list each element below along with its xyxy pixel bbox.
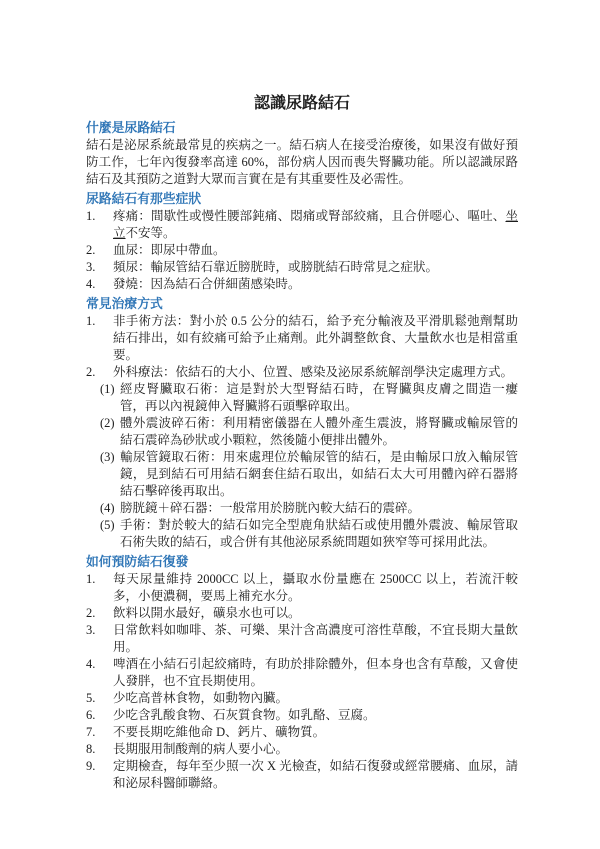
item-text: 頻尿：輸尿管結石靠近膀胱時，或膀胱結石時常見之症狀。	[113, 259, 518, 276]
list-item: 2.外科療法：依結石的大小、位置、感染及泌尿系統解剖學決定處理方式。	[86, 364, 518, 381]
item-number: 6.	[86, 707, 113, 724]
item-text: 血尿：即尿中帶血。	[113, 242, 518, 259]
section-heading: 尿路結石有那些症狀	[86, 191, 518, 208]
item-text: 膀胱鏡＋碎石器：一般常用於膀胱內較大結石的震碎。	[120, 500, 518, 517]
list-item: 7.不要長期吃維他命 D、鈣片、礦物質。	[86, 724, 518, 741]
sublist-item: (4)膀胱鏡＋碎石器：一般常用於膀胱內較大結石的震碎。	[86, 500, 518, 517]
item-text: 經皮腎臟取石術：這是對於大型腎結石時，在腎臟與皮膚之間造一瘻管，再以內視鏡伸入腎…	[120, 381, 518, 415]
list-item: 3.日常飲料如咖啡、茶、可樂、果汁含高濃度可溶性草酸，不宜長期大量飲用。	[86, 622, 518, 656]
list-item: 9.定期檢查，每年至少照一次 X 光檢查，如結石復發或經常腰痛、血尿，請和泌尿科…	[86, 758, 518, 792]
document-body: 什麼是尿路結石結石是泌尿系統最常見的疾病之一。結石病人在接受治療後，如果沒有做好…	[86, 120, 518, 792]
item-number: 4.	[86, 656, 113, 690]
list-item: 6.少吃含乳酸食物、石灰質食物。如乳酪、豆腐。	[86, 707, 518, 724]
item-text: 外科療法：依結石的大小、位置、感染及泌尿系統解剖學決定處理方式。	[113, 364, 518, 381]
list-item: 4.啤酒在小結石引起絞痛時，有助於排除體外，但本身也含有草酸，又會使人發胖，也不…	[86, 656, 518, 690]
item-number: 1.	[86, 571, 113, 605]
item-number: 9.	[86, 758, 113, 792]
item-number: 7.	[86, 724, 113, 741]
section: 什麼是尿路結石結石是泌尿系統最常見的疾病之一。結石病人在接受治療後，如果沒有做好…	[86, 120, 518, 188]
item-text: 發燒：因為結石合併細菌感染時。	[113, 276, 518, 293]
item-number: 2.	[86, 242, 113, 259]
item-text: 不要長期吃維他命 D、鈣片、礦物質。	[113, 724, 518, 741]
item-number: (2)	[100, 415, 120, 449]
list-item: 1.非手術方法：對小於 0.5 公分的結石，給予充分輸液及平滑肌鬆弛劑幫助結石排…	[86, 313, 518, 364]
list-item: 5.少吃高普林食物，如動物內臟。	[86, 690, 518, 707]
list-item: 1.疼痛：間歇性或慢性腰部鈍痛、悶痛或腎部絞痛，且合併噁心、嘔吐、坐立不安等。	[86, 208, 518, 242]
section-heading: 如何預防結石復發	[86, 554, 518, 571]
item-number: 8.	[86, 741, 113, 758]
document-title: 認識尿路結石	[86, 94, 518, 114]
item-number: 1.	[86, 313, 113, 364]
item-text: 輸尿管鏡取石術：用來處理位於輸尿管的結石，是由輸尿口放入輸尿管鏡，見到結石可用結…	[120, 449, 518, 500]
item-text: 少吃高普林食物，如動物內臟。	[113, 690, 518, 707]
item-text: 啤酒在小結石引起絞痛時，有助於排除體外，但本身也含有草酸，又會使人發胖，也不宜長…	[113, 656, 518, 690]
section-heading: 什麼是尿路結石	[86, 120, 518, 137]
item-number: 3.	[86, 622, 113, 656]
sublist-item: (3)輸尿管鏡取石術：用來處理位於輸尿管的結石，是由輸尿口放入輸尿管鏡，見到結石…	[86, 449, 518, 500]
item-number: 2.	[86, 605, 113, 622]
underlined-text: 坐立	[113, 209, 518, 240]
sublist-item: (1)經皮腎臟取石術：這是對於大型腎結石時，在腎臟與皮膚之間造一瘻管，再以內視鏡…	[86, 381, 518, 415]
section-heading: 常見治療方式	[86, 296, 518, 313]
item-number: 4.	[86, 276, 113, 293]
list-item: 2.飲料以開水最好，礦泉水也可以。	[86, 605, 518, 622]
item-text: 手術：對於較大的結石如完全型鹿角狀結石或使用體外震波、輸尿管取石術失敗的結石，或…	[120, 517, 518, 551]
item-text: 定期檢查，每年至少照一次 X 光檢查，如結石復發或經常腰痛、血尿，請和泌尿科醫師…	[113, 758, 518, 792]
section: 常見治療方式1.非手術方法：對小於 0.5 公分的結石，給予充分輸液及平滑肌鬆弛…	[86, 296, 518, 551]
sublist-item: (5)手術：對於較大的結石如完全型鹿角狀結石或使用體外震波、輸尿管取石術失敗的結…	[86, 517, 518, 551]
section: 尿路結石有那些症狀1.疼痛：間歇性或慢性腰部鈍痛、悶痛或腎部絞痛，且合併噁心、嘔…	[86, 191, 518, 293]
item-text: 非手術方法：對小於 0.5 公分的結石，給予充分輸液及平滑肌鬆弛劑幫助結石排出，…	[113, 313, 518, 364]
list-item: 8.長期服用制酸劑的病人要小心。	[86, 741, 518, 758]
item-text: 少吃含乳酸食物、石灰質食物。如乳酪、豆腐。	[113, 707, 518, 724]
item-number: (5)	[100, 517, 120, 551]
item-text: 日常飲料如咖啡、茶、可樂、果汁含高濃度可溶性草酸，不宜長期大量飲用。	[113, 622, 518, 656]
item-text: 每天尿量維持 2000CC 以上，攝取水份量應在 2500CC 以上，若流汗較多…	[113, 571, 518, 605]
item-number: 2.	[86, 364, 113, 381]
sublist-item: (2)體外震波碎石術：利用精密儀器在人體外產生震波，將腎臟或輸尿管的結石震碎為砂…	[86, 415, 518, 449]
item-number: (3)	[100, 449, 120, 500]
item-number: 5.	[86, 690, 113, 707]
list-item: 4.發燒：因為結石合併細菌感染時。	[86, 276, 518, 293]
section-paragraph: 結石是泌尿系統最常見的疾病之一。結石病人在接受治療後，如果沒有做好預防工作，七年…	[86, 137, 518, 188]
item-number: 1.	[86, 208, 113, 242]
item-number: (4)	[100, 500, 120, 517]
section: 如何預防結石復發1.每天尿量維持 2000CC 以上，攝取水份量應在 2500C…	[86, 554, 518, 792]
item-number: 3.	[86, 259, 113, 276]
item-text: 長期服用制酸劑的病人要小心。	[113, 741, 518, 758]
item-text: 飲料以開水最好，礦泉水也可以。	[113, 605, 518, 622]
list-item: 2.血尿：即尿中帶血。	[86, 242, 518, 259]
item-text: 體外震波碎石術：利用精密儀器在人體外產生震波，將腎臟或輸尿管的結石震碎為砂狀或小…	[120, 415, 518, 449]
list-item: 1.每天尿量維持 2000CC 以上，攝取水份量應在 2500CC 以上，若流汗…	[86, 571, 518, 605]
item-text: 疼痛：間歇性或慢性腰部鈍痛、悶痛或腎部絞痛，且合併噁心、嘔吐、坐立不安等。	[113, 208, 518, 242]
item-number: (1)	[100, 381, 120, 415]
document-page: 認識尿路結石 什麼是尿路結石結石是泌尿系統最常見的疾病之一。結石病人在接受治療後…	[0, 0, 600, 849]
list-item: 3.頻尿：輸尿管結石靠近膀胱時，或膀胱結石時常見之症狀。	[86, 259, 518, 276]
